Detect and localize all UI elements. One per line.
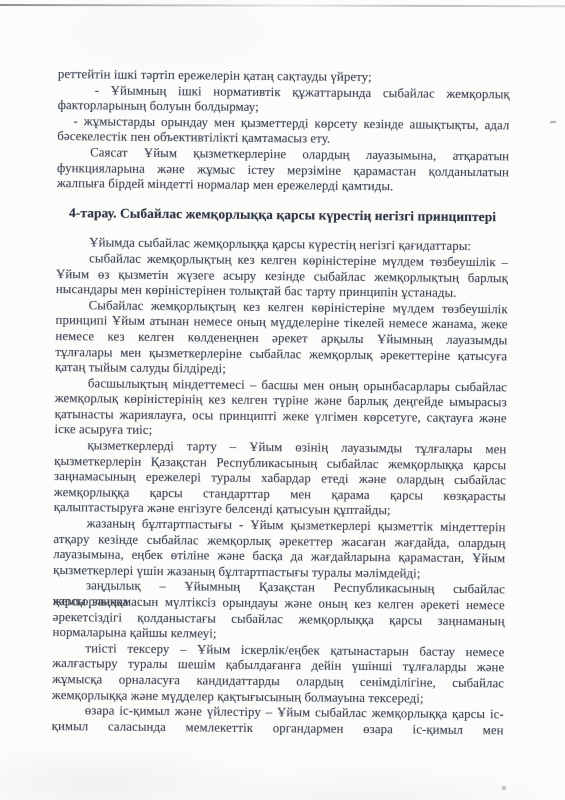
- paragraph: жазаның бұлтартпастығы - Ұйым қызметкерл…: [53, 516, 506, 583]
- paragraphs-after-heading: Ұйымда сыбайлас жемқорлыққа қарсы күрест…: [52, 235, 509, 738]
- scan-speck: [502, 786, 506, 790]
- scan-edge-artifact: [0, 4, 565, 7]
- chapter-heading: 4-тарау. Сыбайлас жемқорлыққа қарсы күре…: [57, 205, 509, 225]
- paragraph: Сыбайлас жемқорлықтың кез келген көрініс…: [55, 298, 508, 380]
- paragraph: өзара іс-қимыл және үйлестіру – Ұйым сыб…: [52, 703, 504, 739]
- paragraph: қызметкерлерді тарту – Ұйым өзінің лауаз…: [54, 438, 507, 520]
- text-line: қимыл саласында мемлекеттік органдармен …: [52, 719, 504, 739]
- paragraph: заңдылық – Ұйымның Қазақстан Республикас…: [52, 578, 505, 645]
- scan-speck: [550, 121, 556, 123]
- paragraph: - жұмыстарды орындау мен қызметтерді көр…: [57, 114, 509, 150]
- paragraph: тиісті тексеру – Ұйым іскерлік/еңбек қат…: [52, 641, 505, 708]
- paragraphs-before-heading: реттейтін ішкі тәртіп ережелерін қатаң с…: [57, 67, 510, 196]
- document-text-block: реттейтін ішкі тәртіп ережелерін қатаң с…: [52, 67, 510, 739]
- paragraph: Саясат Ұйым қызметкерлеріне олардың лауа…: [57, 145, 509, 196]
- paragraph: - Ұйымның ішкі нормативтік құжаттарында …: [58, 83, 510, 119]
- paragraph: сыбайлас жемқорлықтың кез келген көрініс…: [56, 251, 508, 302]
- paragraph: басшылықтың міндеттемесі – басшы мен оны…: [54, 376, 507, 443]
- scanned-document-page: реттейтін ішкі тәртіп ережелерін қатаң с…: [0, 0, 565, 800]
